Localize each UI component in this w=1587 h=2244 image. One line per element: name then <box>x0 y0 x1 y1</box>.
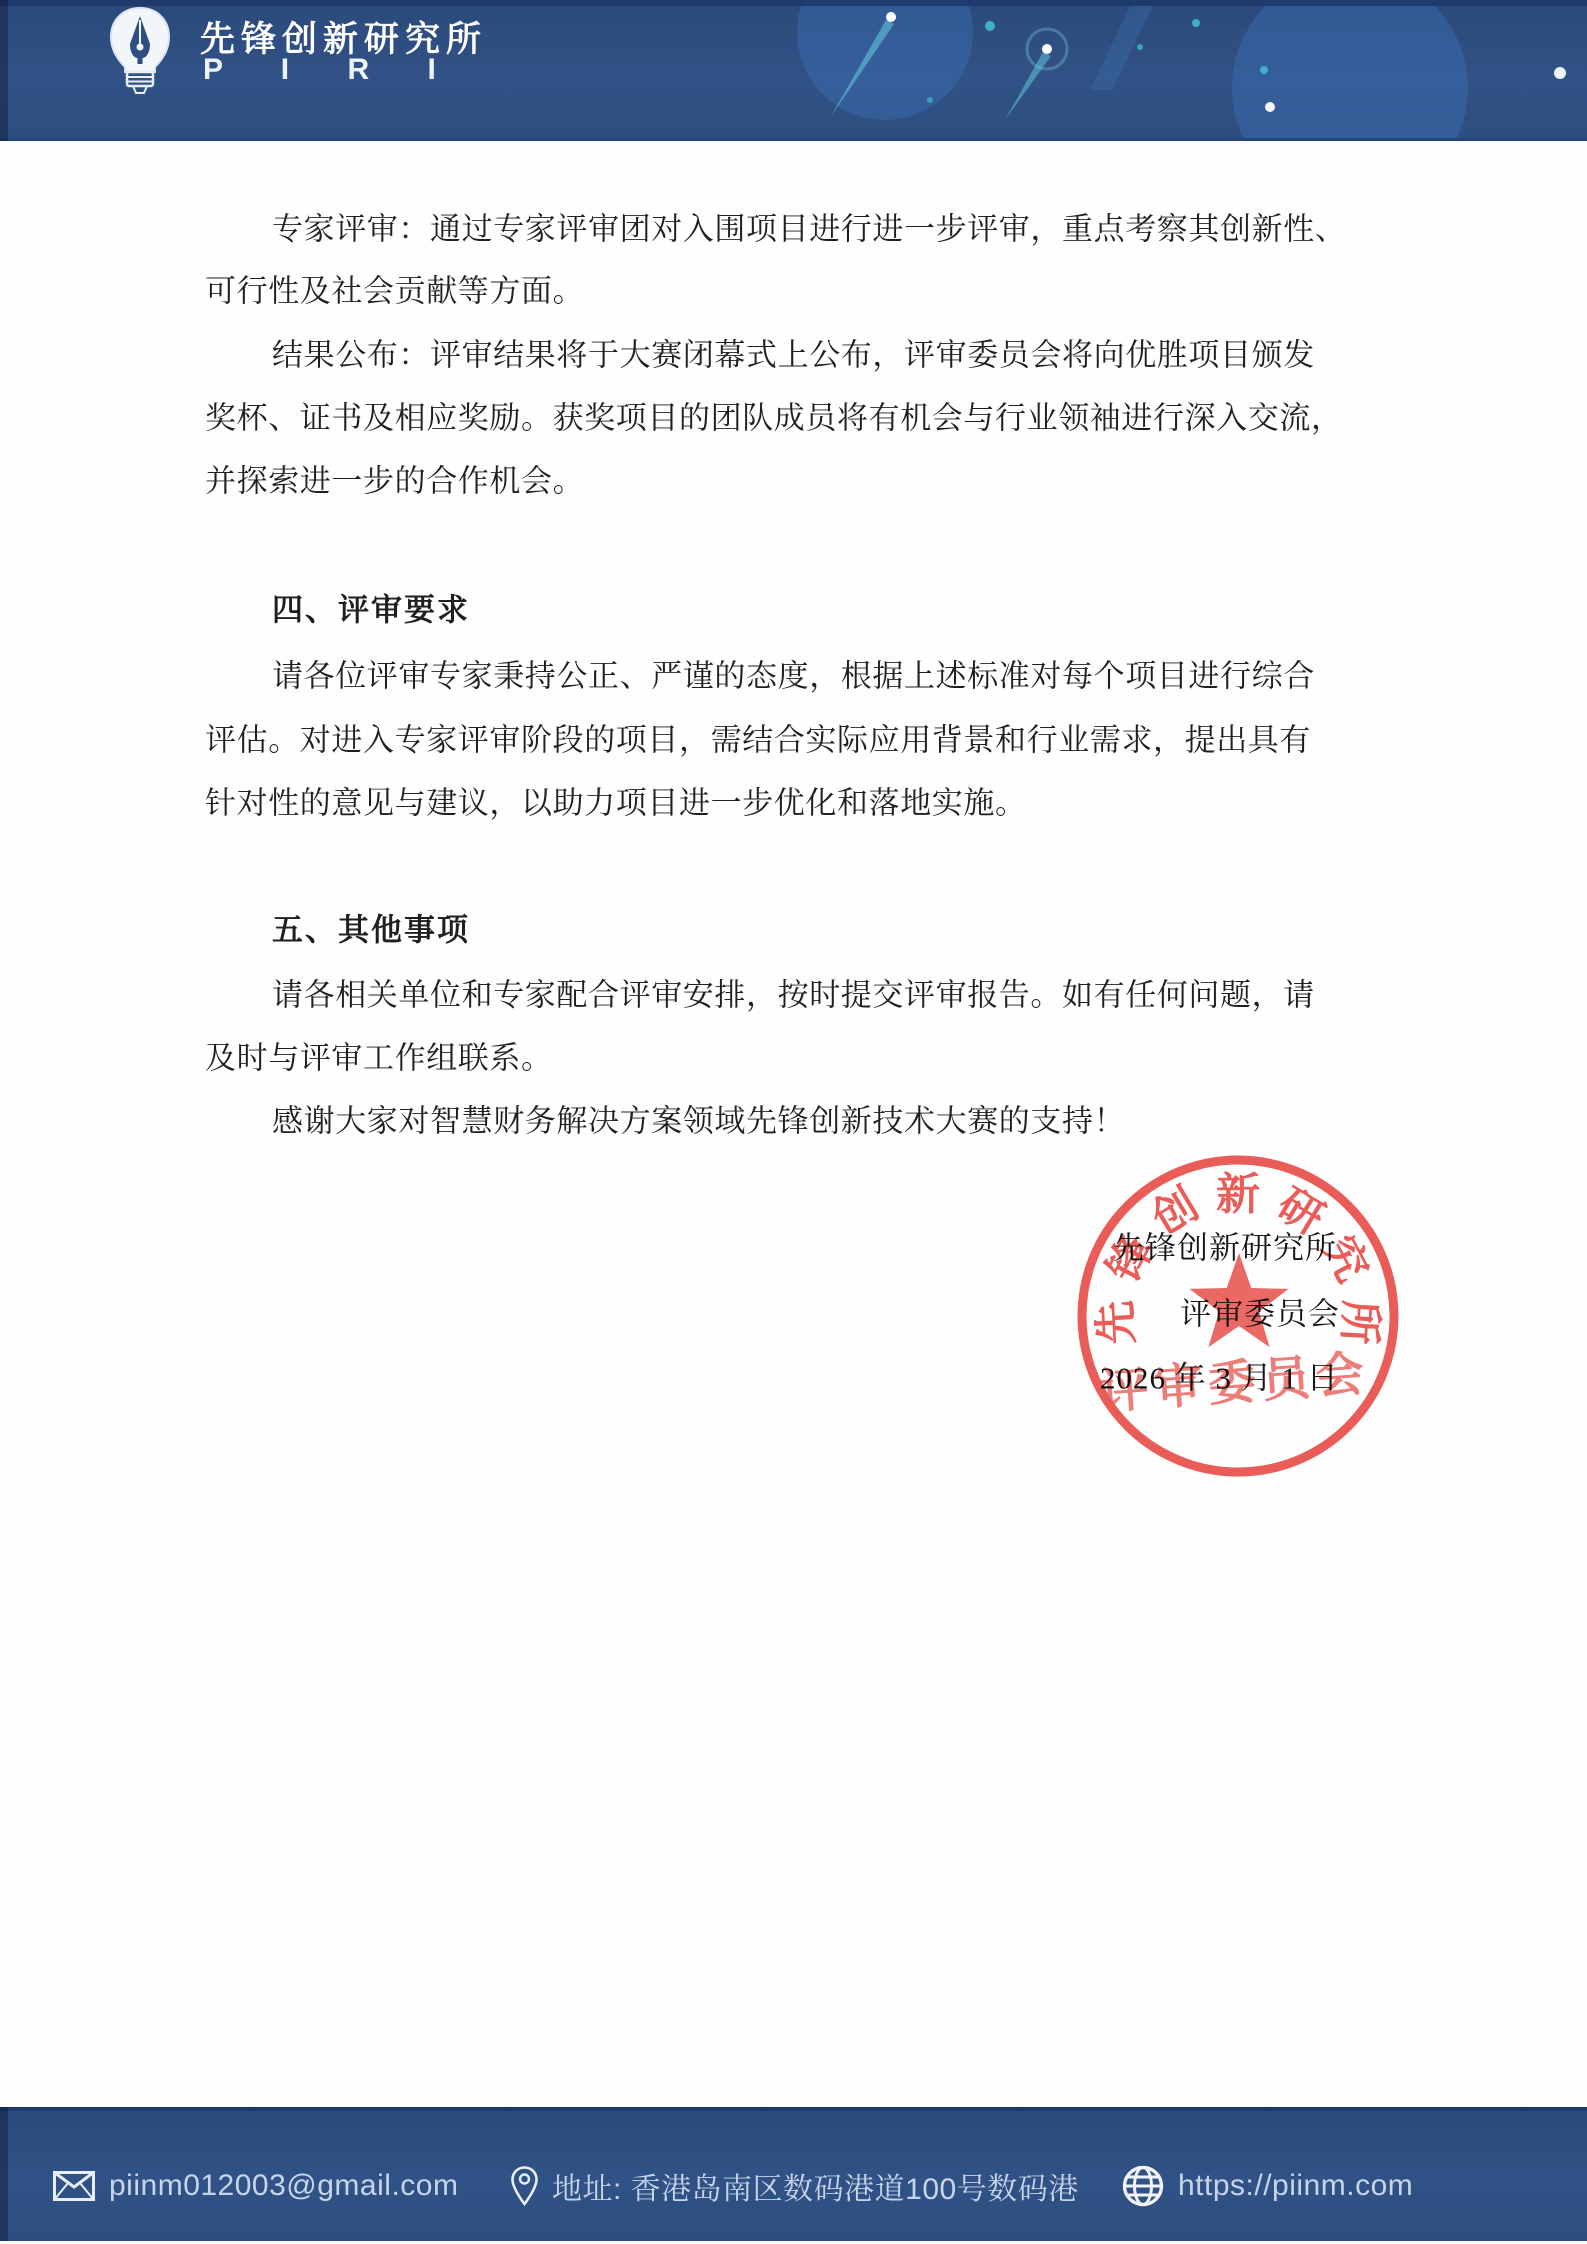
seal-star-icon <box>1190 1253 1289 1347</box>
body-text-line: 评估。对进入专家评审阶段的项目，需结合实际应用背景和行业需求，提出具有 <box>205 715 1311 760</box>
section-heading: 四、评审要求 <box>272 585 470 630</box>
body-text-line: 可行性及社会贡献等方面。 <box>205 266 584 311</box>
footer-top-edge <box>0 2107 1587 2111</box>
seal-arc-char: 新 <box>1216 1170 1260 1219</box>
footer-website-item: https://piinm.com <box>1122 2165 1413 2207</box>
seal-bottom-text: 评审委员会 <box>1099 1348 1372 1420</box>
seal-arc-char: 先 <box>1091 1299 1142 1346</box>
body-text-line: 请各相关单位和专家配合评审安排，按时提交评审报告。如有任何问题，请 <box>272 970 1315 1015</box>
header-top-stripe <box>0 0 1587 6</box>
seal-arc-char: 所 <box>1334 1299 1385 1346</box>
committee-seal-stamp: 评审委员会 先锋创新研究所 <box>1073 1151 1403 1481</box>
footer-email-text: piinm012003@gmail.com <box>109 2169 458 2203</box>
body-text-line: 针对性的意见与建议，以助力项目进一步优化和落地实施。 <box>205 778 1027 823</box>
body-text-line: 请各位评审专家秉持公正、严谨的态度，根据上述标准对每个项目进行综合 <box>272 651 1315 696</box>
header-bottom-edge <box>0 138 1587 141</box>
location-pin-icon <box>511 2166 538 2206</box>
footer-address-item: 地址: 香港岛南区数码港道100号数码港 <box>511 2164 1079 2208</box>
body-text-line: 及时与评审工作组联系。 <box>205 1033 553 1078</box>
footer-email-item: piinm012003@gmail.com <box>53 2169 458 2203</box>
mail-icon <box>53 2171 95 2201</box>
org-name-acronym: P I R I <box>203 53 461 87</box>
globe-icon <box>1122 2165 1164 2207</box>
body-text-line: 奖杯、证书及相应奖励。获奖项目的团队成员将有机会与行业领袖进行深入交流， <box>205 393 1343 438</box>
scanned-document-page: 先锋创新研究所 P I R I 专家评审：通过专家评审团对入围项目进行进一步评审… <box>0 0 1587 2244</box>
scan-shadow-left-footer <box>0 2107 8 2241</box>
body-text-line: 并探索进一步的合作机会。 <box>205 456 584 501</box>
body-text-line: 结果公布：评审结果将于大赛闭幕式上公布，评审委员会将向优胜项目颁发 <box>272 330 1315 375</box>
lightbulb-pen-logo-icon <box>104 6 176 106</box>
section-heading: 五、其他事项 <box>272 905 470 950</box>
header-band: 先锋创新研究所 P I R I <box>0 0 1587 141</box>
body-text-line: 感谢大家对智慧财务解决方案领域先锋创新技术大赛的支持！ <box>272 1096 1125 1141</box>
footer-website-text: https://piinm.com <box>1178 2169 1413 2203</box>
footer-address-text: 地址: 香港岛南区数码港道100号数码港 <box>552 2164 1079 2208</box>
scan-shadow-left <box>0 0 8 141</box>
body-text-line: 专家评审：通过专家评审团对入围项目进行进一步评审，重点考察其创新性、 <box>272 204 1346 249</box>
